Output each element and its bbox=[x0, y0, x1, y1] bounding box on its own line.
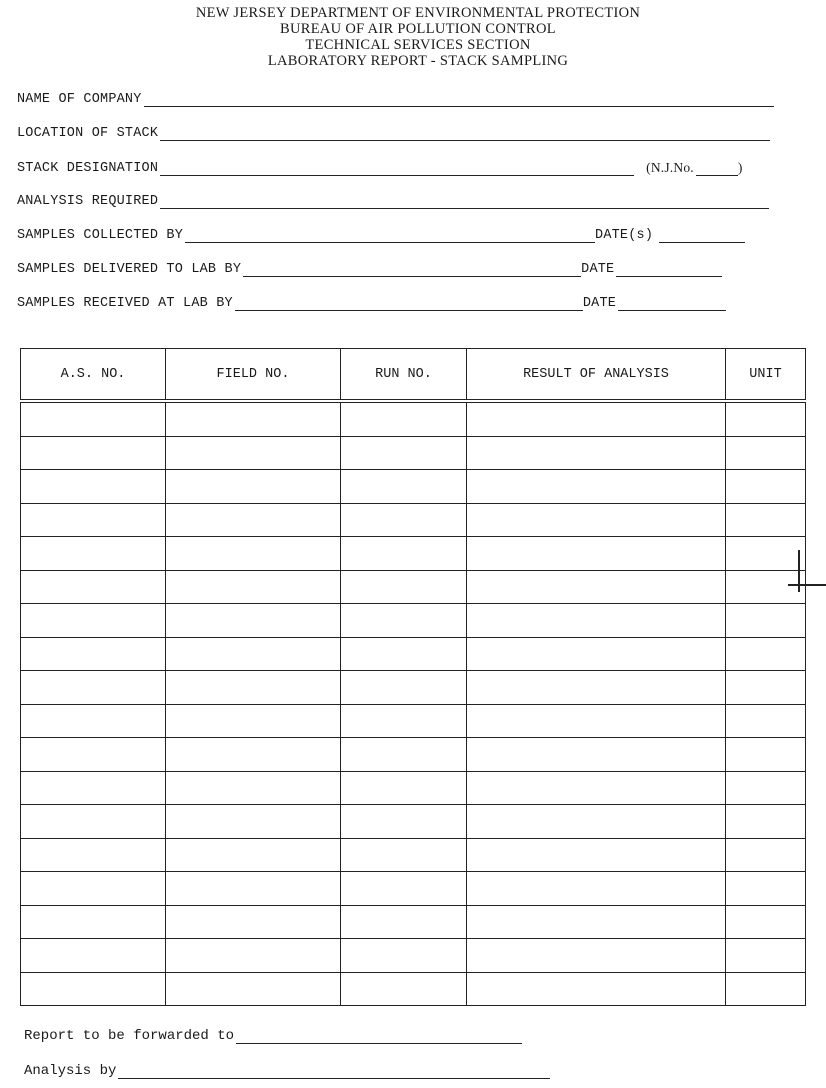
stack-location-field: LOCATION OF STACK bbox=[17, 126, 770, 141]
table-cell[interactable] bbox=[467, 537, 726, 571]
table-row bbox=[21, 671, 806, 705]
table-cell[interactable] bbox=[341, 671, 467, 705]
table-row bbox=[21, 570, 806, 604]
table-cell[interactable] bbox=[467, 704, 726, 738]
table-cell[interactable] bbox=[467, 972, 726, 1006]
forwarded-to-input[interactable] bbox=[236, 1029, 522, 1044]
table-row bbox=[21, 637, 806, 671]
col-run-no: RUN NO. bbox=[341, 349, 467, 402]
header-department: NEW JERSEY DEPARTMENT OF ENVIRONMENTAL P… bbox=[0, 5, 826, 21]
table-row bbox=[21, 470, 806, 504]
table-cell[interactable] bbox=[341, 905, 467, 939]
table-header-row: A.S. NO. FIELD NO. RUN NO. RESULT OF ANA… bbox=[21, 349, 806, 402]
table-row bbox=[21, 972, 806, 1006]
table-cell[interactable] bbox=[166, 738, 341, 772]
header-bureau: BUREAU OF AIR POLLUTION CONTROL bbox=[0, 21, 826, 37]
table-cell[interactable] bbox=[166, 401, 341, 436]
table-cell[interactable] bbox=[166, 604, 341, 638]
table-cell[interactable] bbox=[726, 503, 806, 537]
samples-collected-input[interactable] bbox=[185, 228, 595, 243]
header-report-title: LABORATORY REPORT - STACK SAMPLING bbox=[0, 53, 826, 69]
table-cell[interactable] bbox=[341, 872, 467, 906]
col-unit: UNIT bbox=[726, 349, 806, 402]
samples-delivered-input[interactable] bbox=[243, 262, 581, 277]
table-row bbox=[21, 838, 806, 872]
stack-designation-label: STACK DESIGNATION bbox=[17, 161, 158, 176]
table-cell[interactable] bbox=[467, 939, 726, 973]
table-row bbox=[21, 604, 806, 638]
table-cell[interactable] bbox=[341, 401, 467, 436]
table-cell[interactable] bbox=[166, 537, 341, 571]
table-row bbox=[21, 872, 806, 906]
nj-number-label: (N.J.No. bbox=[646, 160, 694, 176]
analysis-by-input[interactable] bbox=[118, 1064, 550, 1079]
samples-received-field: SAMPLES RECEIVED AT LAB BY DATE bbox=[17, 296, 726, 311]
table-cell[interactable] bbox=[726, 537, 806, 571]
table-cell[interactable] bbox=[726, 738, 806, 772]
table-cell[interactable] bbox=[21, 872, 166, 906]
table-cell[interactable] bbox=[21, 704, 166, 738]
table-cell[interactable] bbox=[341, 972, 467, 1006]
table-body bbox=[21, 401, 806, 1006]
table-cell[interactable] bbox=[341, 570, 467, 604]
table-cell[interactable] bbox=[341, 704, 467, 738]
table-cell[interactable] bbox=[166, 470, 341, 504]
table-row bbox=[21, 537, 806, 571]
table-row bbox=[21, 738, 806, 772]
registration-mark-vertical bbox=[798, 550, 800, 592]
table-row bbox=[21, 771, 806, 805]
table-cell[interactable] bbox=[726, 470, 806, 504]
analysis-by-label: Analysis by bbox=[24, 1063, 116, 1079]
table-cell[interactable] bbox=[21, 503, 166, 537]
table-cell[interactable] bbox=[467, 838, 726, 872]
analysis-required-input[interactable] bbox=[160, 194, 769, 209]
table-row bbox=[21, 939, 806, 973]
table-row bbox=[21, 401, 806, 436]
table-cell[interactable] bbox=[467, 604, 726, 638]
table-cell[interactable] bbox=[341, 537, 467, 571]
samples-collected-label: SAMPLES COLLECTED BY bbox=[17, 228, 183, 243]
table-cell[interactable] bbox=[166, 905, 341, 939]
company-name-label: NAME OF COMPANY bbox=[17, 92, 142, 107]
samples-delivered-label: SAMPLES DELIVERED TO LAB BY bbox=[17, 262, 241, 277]
table-cell[interactable] bbox=[341, 939, 467, 973]
table-cell[interactable] bbox=[726, 939, 806, 973]
table-cell[interactable] bbox=[166, 805, 341, 839]
table-cell[interactable] bbox=[21, 436, 166, 470]
table-cell[interactable] bbox=[166, 671, 341, 705]
table-cell[interactable] bbox=[166, 637, 341, 671]
table-cell[interactable] bbox=[166, 570, 341, 604]
table-cell[interactable] bbox=[726, 436, 806, 470]
table-cell[interactable] bbox=[467, 503, 726, 537]
table-cell[interactable] bbox=[166, 939, 341, 973]
table-cell[interactable] bbox=[467, 905, 726, 939]
table-cell[interactable] bbox=[467, 738, 726, 772]
table-cell[interactable] bbox=[21, 401, 166, 436]
table-cell[interactable] bbox=[341, 771, 467, 805]
delivered-date-label: DATE bbox=[581, 262, 614, 277]
collected-date-input[interactable] bbox=[659, 228, 745, 243]
table-cell[interactable] bbox=[467, 671, 726, 705]
table-cell[interactable] bbox=[166, 503, 341, 537]
table-cell[interactable] bbox=[21, 537, 166, 571]
stack-location-input[interactable] bbox=[160, 126, 770, 141]
received-date-label: DATE bbox=[583, 296, 616, 311]
table-cell[interactable] bbox=[726, 637, 806, 671]
table-cell[interactable] bbox=[21, 570, 166, 604]
table-cell[interactable] bbox=[21, 805, 166, 839]
table-row bbox=[21, 805, 806, 839]
delivered-date-input[interactable] bbox=[616, 262, 722, 277]
table-cell[interactable] bbox=[166, 704, 341, 738]
table-row bbox=[21, 704, 806, 738]
header-section: TECHNICAL SERVICES SECTION bbox=[0, 37, 826, 53]
table-cell[interactable] bbox=[21, 972, 166, 1006]
table-cell[interactable] bbox=[341, 805, 467, 839]
table-cell[interactable] bbox=[726, 401, 806, 436]
table-cell[interactable] bbox=[726, 905, 806, 939]
nj-number-input[interactable] bbox=[696, 161, 738, 176]
table-cell[interactable] bbox=[726, 671, 806, 705]
table-cell[interactable] bbox=[166, 771, 341, 805]
table-cell[interactable] bbox=[467, 470, 726, 504]
table-row bbox=[21, 905, 806, 939]
table-row bbox=[21, 436, 806, 470]
table-cell[interactable] bbox=[341, 503, 467, 537]
table-cell[interactable] bbox=[726, 704, 806, 738]
table-cell[interactable] bbox=[726, 872, 806, 906]
forwarded-to-label: Report to be forwarded to bbox=[24, 1028, 234, 1044]
table-row bbox=[21, 503, 806, 537]
table-cell[interactable] bbox=[166, 872, 341, 906]
table-cell[interactable] bbox=[21, 604, 166, 638]
stack-designation-field: STACK DESIGNATION (N.J.No. ) bbox=[17, 160, 743, 176]
received-date-input[interactable] bbox=[618, 296, 726, 311]
table-cell[interactable] bbox=[21, 470, 166, 504]
samples-received-label: SAMPLES RECEIVED AT LAB BY bbox=[17, 296, 233, 311]
nj-number-close: ) bbox=[738, 160, 743, 176]
table-cell[interactable] bbox=[467, 872, 726, 906]
table-cell[interactable] bbox=[341, 738, 467, 772]
table-cell[interactable] bbox=[467, 436, 726, 470]
analysis-required-field: ANALYSIS REQUIRED bbox=[17, 194, 769, 209]
samples-delivered-field: SAMPLES DELIVERED TO LAB BY DATE bbox=[17, 262, 722, 277]
table-cell[interactable] bbox=[21, 671, 166, 705]
table-cell[interactable] bbox=[21, 905, 166, 939]
table-cell[interactable] bbox=[467, 570, 726, 604]
table-cell[interactable] bbox=[21, 838, 166, 872]
stack-designation-input[interactable] bbox=[160, 161, 634, 176]
table-cell[interactable] bbox=[21, 637, 166, 671]
table-cell[interactable] bbox=[21, 738, 166, 772]
samples-received-input[interactable] bbox=[235, 296, 583, 311]
company-name-field: NAME OF COMPANY bbox=[17, 92, 774, 107]
results-table: A.S. NO. FIELD NO. RUN NO. RESULT OF ANA… bbox=[20, 348, 806, 1006]
table-cell[interactable] bbox=[166, 972, 341, 1006]
table-cell[interactable] bbox=[341, 637, 467, 671]
table-cell[interactable] bbox=[467, 401, 726, 436]
table-cell[interactable] bbox=[341, 838, 467, 872]
form-header: NEW JERSEY DEPARTMENT OF ENVIRONMENTAL P… bbox=[0, 5, 826, 69]
table-cell[interactable] bbox=[726, 771, 806, 805]
table-cell[interactable] bbox=[166, 838, 341, 872]
table-cell[interactable] bbox=[467, 805, 726, 839]
table-cell[interactable] bbox=[341, 604, 467, 638]
table-cell[interactable] bbox=[467, 771, 726, 805]
forwarded-to-field: Report to be forwarded to bbox=[24, 1028, 522, 1044]
company-name-input[interactable] bbox=[144, 92, 774, 107]
table-cell[interactable] bbox=[341, 470, 467, 504]
table-cell[interactable] bbox=[21, 939, 166, 973]
table-cell[interactable] bbox=[166, 436, 341, 470]
col-field-no: FIELD NO. bbox=[166, 349, 341, 402]
table-cell[interactable] bbox=[726, 570, 806, 604]
table-cell[interactable] bbox=[467, 637, 726, 671]
table-cell[interactable] bbox=[21, 771, 166, 805]
table-cell[interactable] bbox=[726, 972, 806, 1006]
analysis-by-field: Analysis by bbox=[24, 1063, 550, 1079]
collected-date-label: DATE(s) bbox=[595, 228, 653, 243]
table-cell[interactable] bbox=[726, 604, 806, 638]
samples-collected-field: SAMPLES COLLECTED BY DATE(s) bbox=[17, 228, 745, 243]
table-cell[interactable] bbox=[726, 805, 806, 839]
col-as-no: A.S. NO. bbox=[21, 349, 166, 402]
analysis-required-label: ANALYSIS REQUIRED bbox=[17, 194, 158, 209]
table-cell[interactable] bbox=[341, 436, 467, 470]
col-result: RESULT OF ANALYSIS bbox=[467, 349, 726, 402]
table-cell[interactable] bbox=[726, 838, 806, 872]
stack-location-label: LOCATION OF STACK bbox=[17, 126, 158, 141]
registration-mark-horizontal bbox=[788, 584, 826, 586]
